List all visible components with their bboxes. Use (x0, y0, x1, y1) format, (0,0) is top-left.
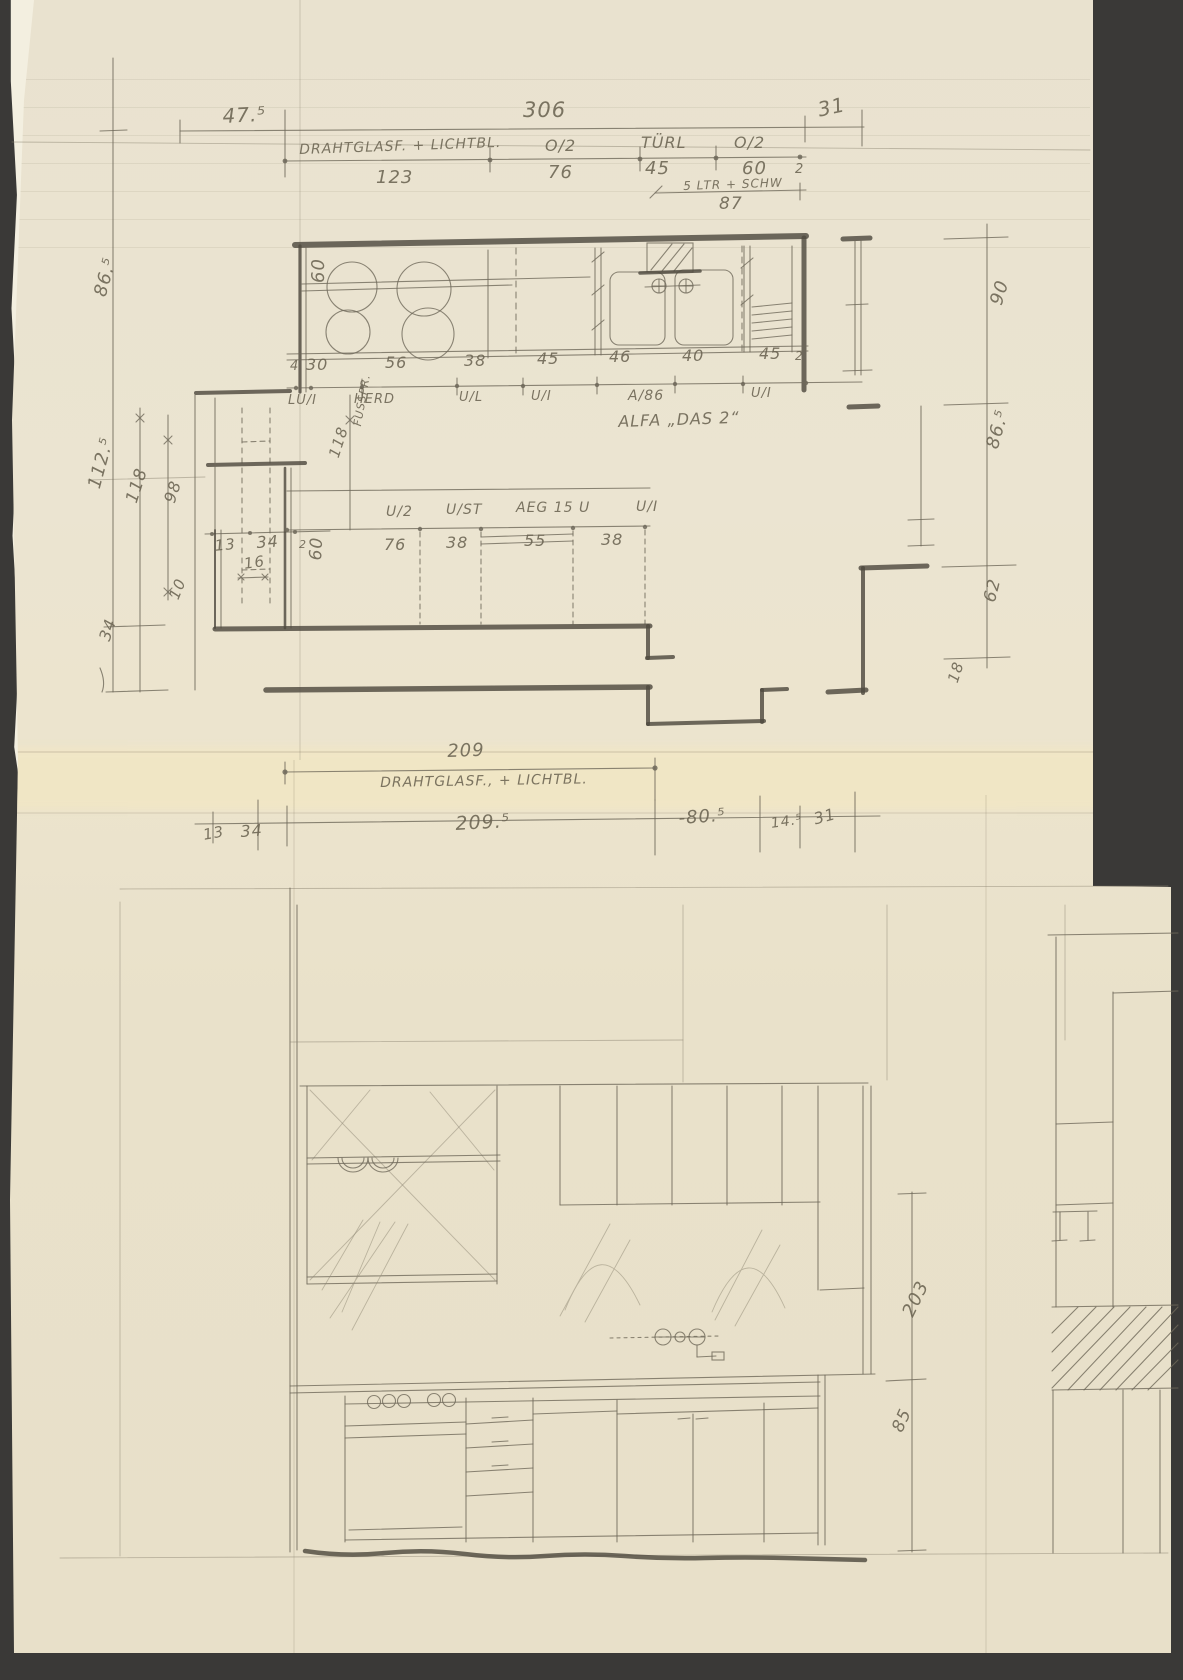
label-dim-14-5: 14.⁵ (770, 813, 804, 831)
label-note-drahtglas-bottom: DRAHTGLASF., + LICHTBL. (380, 772, 588, 790)
label-dim-o2-left: O/2 (545, 138, 576, 154)
label-dim-16: 16 (243, 554, 266, 572)
label-dim-31-top: 31 (816, 94, 847, 119)
label-dim-45-c: 45 (759, 346, 781, 362)
label-label-ul: U/L (459, 391, 483, 404)
label-dim-34-b: 34 (240, 822, 263, 840)
label-dim-209-5: 209.⁵ (455, 812, 511, 834)
label-dim-o2-right: O/2 (734, 135, 765, 151)
label-label-ui-b: U/I (751, 387, 772, 400)
label-label-ui-a: U/I (531, 390, 552, 403)
label-dim-13-b: 13 (202, 824, 225, 842)
label-dim-2-b: 2 (795, 350, 804, 362)
label-dim-45-top: 45 (645, 160, 670, 178)
label-label-ust: U/ST (446, 503, 482, 517)
label-dim-38-b: 38 (446, 535, 468, 551)
pencil-linework (0, 0, 1183, 1680)
label-dim-76-top: 76 (548, 164, 573, 182)
label-note-alfa: ALFA „DAS 2“ (618, 410, 740, 430)
label-dim-13-a: 13 (214, 537, 237, 554)
label-dim-45-b: 45 (537, 351, 559, 367)
label-dim-47-5: 47.⁵ (222, 104, 267, 126)
label-dim-123: 123 (376, 169, 413, 187)
label-dim-30: 30 (306, 357, 328, 373)
label-label-u2: U/2 (386, 505, 413, 519)
label-label-a86: A/86 (628, 389, 664, 403)
label-dim-60-counter: 60 (310, 258, 328, 283)
label-dim-60-island: 60 (308, 536, 326, 560)
label-dim-tuerl: TÜRL (641, 135, 687, 151)
label-dim-4: 4 (290, 360, 299, 373)
label-label-ui-c: U/I (636, 500, 658, 514)
label-note-5ltr-schw: 5 LTR + SCHW (683, 177, 783, 192)
label-label-aeg15u: AEG 15 U (516, 501, 590, 515)
label-dim-46: 46 (609, 349, 631, 365)
scanned-kitchen-drawing: 47.⁵30631DRAHTGLASF. + LICHTBL.O/2TÜRLO/… (0, 0, 1183, 1680)
label-dim-76-b: 76 (384, 537, 406, 553)
label-dim-38-a: 38 (464, 353, 486, 369)
label-dim-80-5: -80.⁵ (678, 807, 726, 828)
label-dim-2-top: 2 (795, 163, 804, 176)
label-dim-34-a: 34 (256, 533, 279, 551)
label-dim-209: 209 (447, 742, 485, 761)
label-dim-38-c: 38 (601, 532, 623, 548)
label-label-lu1: LU/I (288, 394, 317, 407)
label-dim-55: 55 (524, 533, 546, 549)
label-dim-306: 306 (523, 100, 566, 121)
label-dim-87: 87 (719, 196, 743, 213)
label-dim-40: 40 (682, 348, 704, 364)
label-dim-56: 56 (385, 355, 407, 371)
